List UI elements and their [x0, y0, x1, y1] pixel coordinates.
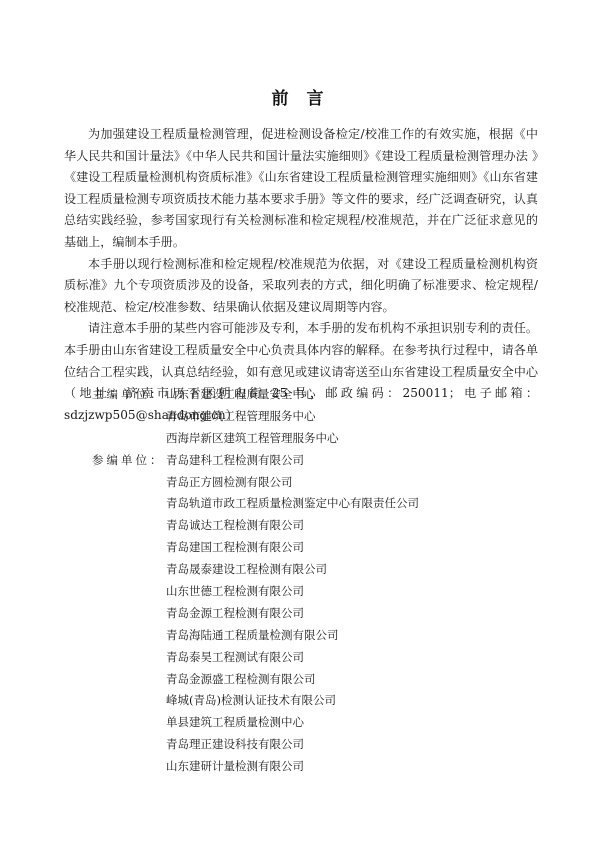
- participating-editor-row: 青岛轨道市政工程质量检测鉴定中心有限责任公司: [92, 493, 419, 515]
- preface-body: 为加强建设工程质量检测管理，促进检测设备检定/校准工作的有效实施，根据《中华人民…: [64, 124, 538, 426]
- participating-editor-row: 青岛晟泰建设工程检测有限公司: [92, 559, 419, 581]
- participating-unit: 青岛建国工程检测有限公司: [166, 537, 304, 559]
- participating-unit: 青岛泰昊工程测试有限公司: [166, 647, 304, 669]
- participating-unit: 青岛晟泰建设工程检测有限公司: [166, 559, 327, 581]
- participating-unit: 青岛诚达工程检测有限公司: [166, 515, 304, 537]
- chief-editors-label: 主编单位：: [92, 384, 166, 406]
- paragraph-scope: 本手册以现行检测标准和检定规程/校准规范为依据，对《建设工程质量检测机构资质标准…: [64, 254, 538, 319]
- participating-editor-row: 青岛理正建设科技有限公司: [92, 734, 419, 756]
- participating-unit: 青岛理正建设科技有限公司: [166, 734, 304, 756]
- participating-editor-row: 山东世德工程检测有限公司: [92, 581, 419, 603]
- participating-editor-row: 青岛金源盛工程检测有限公司: [92, 669, 419, 691]
- participating-editor-row: 参编单位： 青岛建科工程检测有限公司: [92, 450, 419, 472]
- participating-unit: 单县建筑工程质量检测中心: [166, 712, 304, 734]
- participating-unit: 青岛金源盛工程检测有限公司: [166, 669, 316, 691]
- chief-editor-unit: 青岛市建筑工程管理服务中心: [166, 406, 316, 428]
- participating-unit: 山东世德工程检测有限公司: [166, 581, 304, 603]
- chief-editor-row: 西海岸新区建筑工程管理服务中心: [92, 428, 419, 450]
- participating-editor-row: 青岛建国工程检测有限公司: [92, 537, 419, 559]
- participating-unit: 峰城(青岛)检测认证技术有限公司: [166, 690, 336, 712]
- chief-editor-row: 青岛市建筑工程管理服务中心: [92, 406, 419, 428]
- chief-editor-unit: 西海岸新区建筑工程管理服务中心: [166, 428, 339, 450]
- participating-editor-row: 青岛金源工程检测有限公司: [92, 603, 419, 625]
- participating-editor-row: 青岛海陆通工程质量检测有限公司: [92, 625, 419, 647]
- participating-unit: 青岛正方圆检测有限公司: [166, 472, 293, 494]
- participating-editor-row: 青岛泰昊工程测试有限公司: [92, 647, 419, 669]
- participating-editor-row: 青岛正方圆检测有限公司: [92, 472, 419, 494]
- editing-units: 主编单位： 山东省建设工程质量安全中心 青岛市建筑工程管理服务中心 西海岸新区建…: [92, 384, 419, 778]
- paragraph-purpose: 为加强建设工程质量检测管理，促进检测设备检定/校准工作的有效实施，根据《中华人民…: [64, 124, 538, 254]
- participating-editor-row: 山东建研计量检测有限公司: [92, 756, 419, 778]
- participating-editors-label: 参编单位：: [92, 450, 166, 472]
- participating-unit: 青岛金源工程检测有限公司: [166, 603, 304, 625]
- page-title: 前言: [0, 84, 595, 109]
- participating-editor-row: 青岛诚达工程检测有限公司: [92, 515, 419, 537]
- participating-unit: 青岛海陆通工程质量检测有限公司: [166, 625, 339, 647]
- participating-unit: 青岛建科工程检测有限公司: [166, 450, 304, 472]
- participating-unit: 山东建研计量检测有限公司: [166, 756, 304, 778]
- chief-editor-unit: 山东省建设工程质量安全中心: [166, 384, 316, 406]
- participating-unit: 青岛轨道市政工程质量检测鉴定中心有限责任公司: [166, 493, 419, 515]
- participating-editor-row: 峰城(青岛)检测认证技术有限公司: [92, 690, 419, 712]
- chief-editor-row: 主编单位： 山东省建设工程质量安全中心: [92, 384, 419, 406]
- participating-editor-row: 单县建筑工程质量检测中心: [92, 712, 419, 734]
